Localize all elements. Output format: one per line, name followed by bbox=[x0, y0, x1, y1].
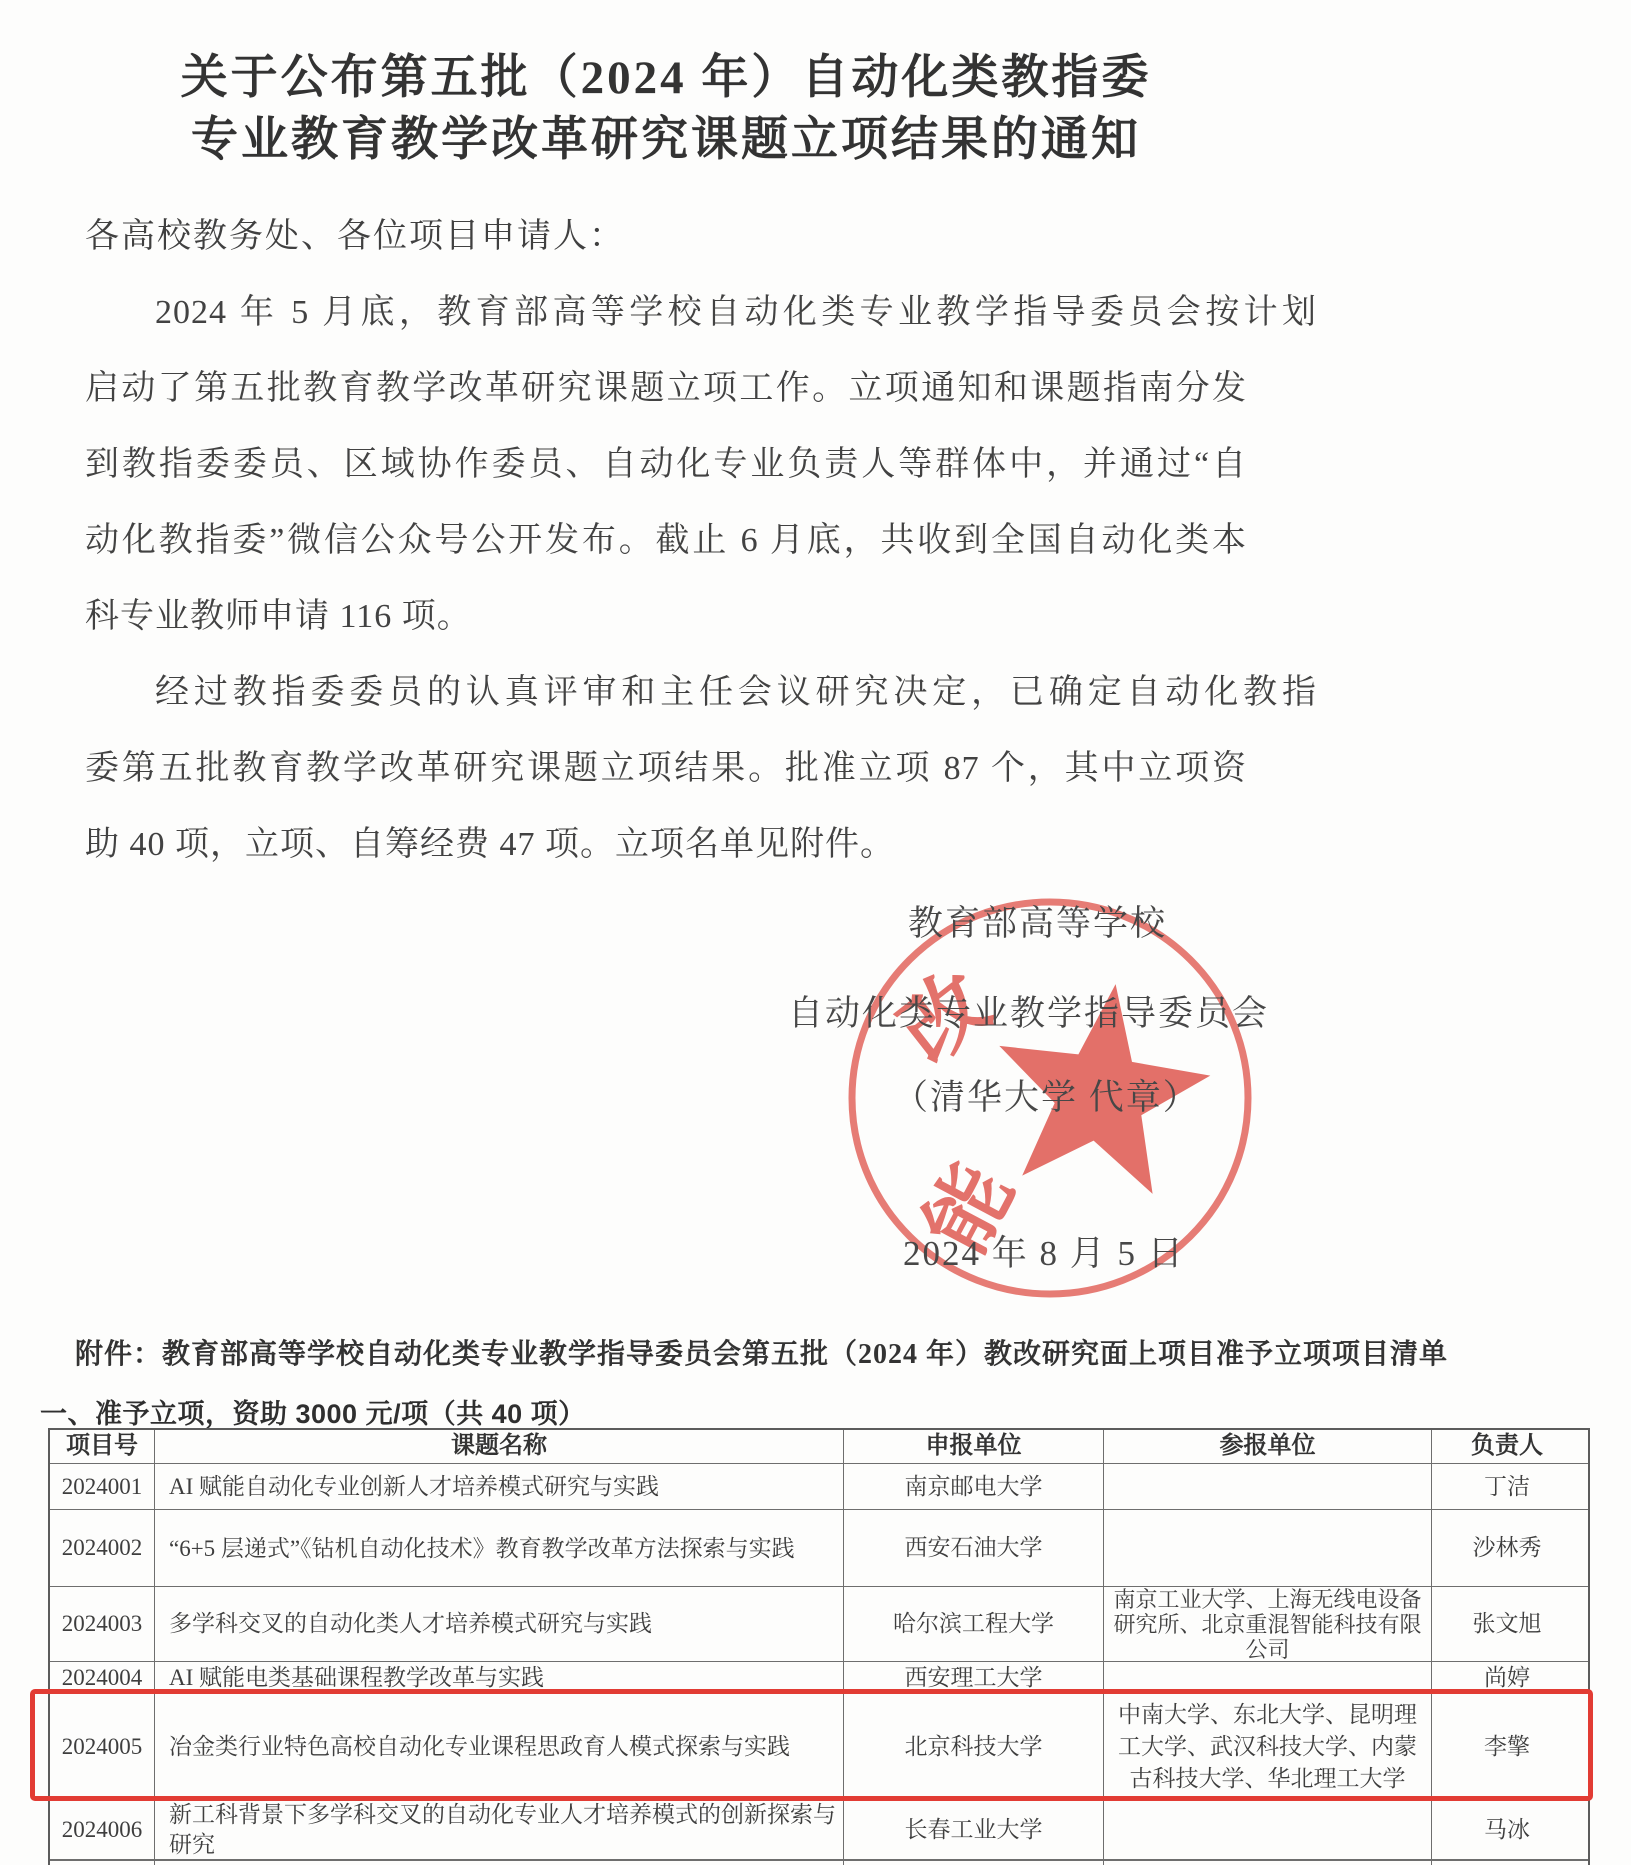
col-header-project-id: 项目号 bbox=[50, 1430, 155, 1463]
project-title: AI 赋能自动化专业创新人才培养模式研究与实践 bbox=[155, 1464, 844, 1509]
document-title-line2: 专业教育教学改革研究课题立项结果的通知 bbox=[85, 102, 1247, 169]
project-leader: 李擎 bbox=[1432, 1694, 1582, 1799]
table-row: 2024001 AI 赋能自动化专业创新人才培养模式研究与实践 南京邮电大学 丁… bbox=[50, 1464, 1588, 1510]
project-id: 2024001 bbox=[50, 1464, 155, 1509]
col-header-leader: 负责人 bbox=[1432, 1430, 1582, 1463]
table-header-row: 项目号 课题名称 申报单位 参报单位 负责人 bbox=[50, 1430, 1588, 1464]
attachment-section-heading: 一、准予立项，资助 3000 元/项（共 40 项） bbox=[40, 1392, 586, 1431]
project-title: AI 赋能电类基础课程教学改革与实践 bbox=[155, 1662, 844, 1693]
project-title: 新工科背景下多学科交叉的自动化专业人才培养模式的创新探索与研究 bbox=[155, 1800, 844, 1859]
signature-org-line3: （清华大学 代章） bbox=[893, 1070, 1200, 1120]
project-id: 2024004 bbox=[50, 1662, 155, 1693]
project-leader: 沙林秀 bbox=[1432, 1510, 1582, 1586]
col-header-applicant-unit: 申报单位 bbox=[844, 1430, 1104, 1463]
project-title: “6+5 层递式”《钻机自动化技术》教育教学改革方法探索与实践 bbox=[155, 1510, 844, 1586]
scanned-notice-page: 关于公布第五批（2024 年）自动化类教指委 专业教育教学改革研究课题立项结果的… bbox=[0, 0, 1631, 1865]
attachment-caption: 附件：教育部高等学校自动化类专业教学指导委员会第五批（2024 年）教改研究面上… bbox=[75, 1332, 1448, 1372]
paragraph2-line1: 经过教指委委员的认真评审和主任会议研究决定，已确定自动化教指 bbox=[85, 664, 1317, 713]
table-row: 2024004 AI 赋能电类基础课程教学改革与实践 西安理工大学 尚婷 bbox=[50, 1662, 1588, 1694]
paragraph2-line2: 委第五批教育教学改革研究课题立项结果。批准立项 87 个，其中立项资 bbox=[85, 740, 1247, 789]
paragraph1-line2: 启动了第五批教育教学改革研究课题立项工作。立项通知和课题指南分发 bbox=[85, 360, 1247, 409]
paragraph1-line4: 动化教指委”微信公众号公开发布。截止 6 月底，共收到全国自动化类本 bbox=[85, 512, 1247, 561]
project-title: 冶金类行业特色高校自动化专业课程思政育人模式探索与实践 bbox=[155, 1694, 844, 1799]
project-id: 2024002 bbox=[50, 1510, 155, 1586]
project-leader: 尚婷 bbox=[1432, 1662, 1582, 1693]
applicant-unit: 西安理工大学 bbox=[844, 1662, 1104, 1693]
partner-units bbox=[1104, 1861, 1432, 1865]
project-id bbox=[50, 1861, 155, 1865]
project-id: 2024003 bbox=[50, 1587, 155, 1661]
project-id: 2024005 bbox=[50, 1694, 155, 1799]
project-leader: 张文旭 bbox=[1432, 1587, 1582, 1661]
table-row-highlighted: 2024005 冶金类行业特色高校自动化专业课程思政育人模式探索与实践 北京科技… bbox=[50, 1694, 1588, 1800]
paragraph1-line1: 2024 年 5 月底，教育部高等学校自动化类专业教学指导委员会按计划 bbox=[85, 284, 1317, 333]
partner-units bbox=[1104, 1662, 1432, 1693]
project-title bbox=[155, 1861, 844, 1865]
partner-units bbox=[1104, 1510, 1432, 1586]
paragraph1-line3: 到教指委委员、区域协作委员、自动化专业负责人等群体中，并通过“自 bbox=[85, 436, 1247, 485]
applicant-unit: 南京邮电大学 bbox=[844, 1464, 1104, 1509]
col-header-partner-units: 参报单位 bbox=[1104, 1430, 1432, 1463]
project-title: 多学科交叉的自动化类人才培养模式研究与实践 bbox=[155, 1587, 844, 1661]
approved-projects-table: 项目号 课题名称 申报单位 参报单位 负责人 2024001 AI 赋能自动化专… bbox=[48, 1428, 1590, 1865]
partner-units bbox=[1104, 1800, 1432, 1859]
col-header-project-title: 课题名称 bbox=[155, 1430, 844, 1463]
project-leader: 马冰 bbox=[1432, 1800, 1582, 1859]
signature-org-line1: 教育部高等学校 bbox=[908, 896, 1167, 946]
project-id: 2024006 bbox=[50, 1800, 155, 1859]
partner-units bbox=[1104, 1464, 1432, 1509]
table-row: 2024002 “6+5 层递式”《钻机自动化技术》教育教学改革方法探索与实践 … bbox=[50, 1510, 1588, 1587]
partner-units: 中南大学、东北大学、昆明理工大学、武汉科技大学、内蒙古科技大学、华北理工大学 bbox=[1104, 1694, 1432, 1799]
applicant-unit bbox=[844, 1861, 1104, 1865]
table-row: 2024006 新工科背景下多学科交叉的自动化专业人才培养模式的创新探索与研究 … bbox=[50, 1800, 1588, 1860]
table-row-partial bbox=[50, 1860, 1588, 1865]
project-leader: 丁洁 bbox=[1432, 1464, 1582, 1509]
applicant-unit: 长春工业大学 bbox=[844, 1800, 1104, 1859]
applicant-unit: 哈尔滨工程大学 bbox=[844, 1587, 1104, 1661]
signature-date: 2024 年 8 月 5 日 bbox=[903, 1226, 1185, 1276]
applicant-unit: 西安石油大学 bbox=[844, 1510, 1104, 1586]
paragraph1-line5: 科专业教师申请 116 项。 bbox=[85, 588, 1247, 637]
project-leader bbox=[1432, 1861, 1582, 1865]
salutation: 各高校教务处、各位项目申请人： bbox=[85, 208, 625, 257]
table-row: 2024003 多学科交叉的自动化类人才培养模式研究与实践 哈尔滨工程大学 南京… bbox=[50, 1587, 1588, 1662]
partner-units: 南京工业大学、上海无线电设备研究所、北京重混智能科技有限公司 bbox=[1104, 1587, 1432, 1661]
paragraph2-line3: 助 40 项，立项、自筹经费 47 项。立项名单见附件。 bbox=[85, 816, 1247, 865]
signature-org-line2: 自动化类专业教学指导委员会 bbox=[788, 986, 1269, 1036]
document-title-line1: 关于公布第五批（2024 年）自动化类教指委 bbox=[85, 40, 1247, 107]
applicant-unit: 北京科技大学 bbox=[844, 1694, 1104, 1799]
